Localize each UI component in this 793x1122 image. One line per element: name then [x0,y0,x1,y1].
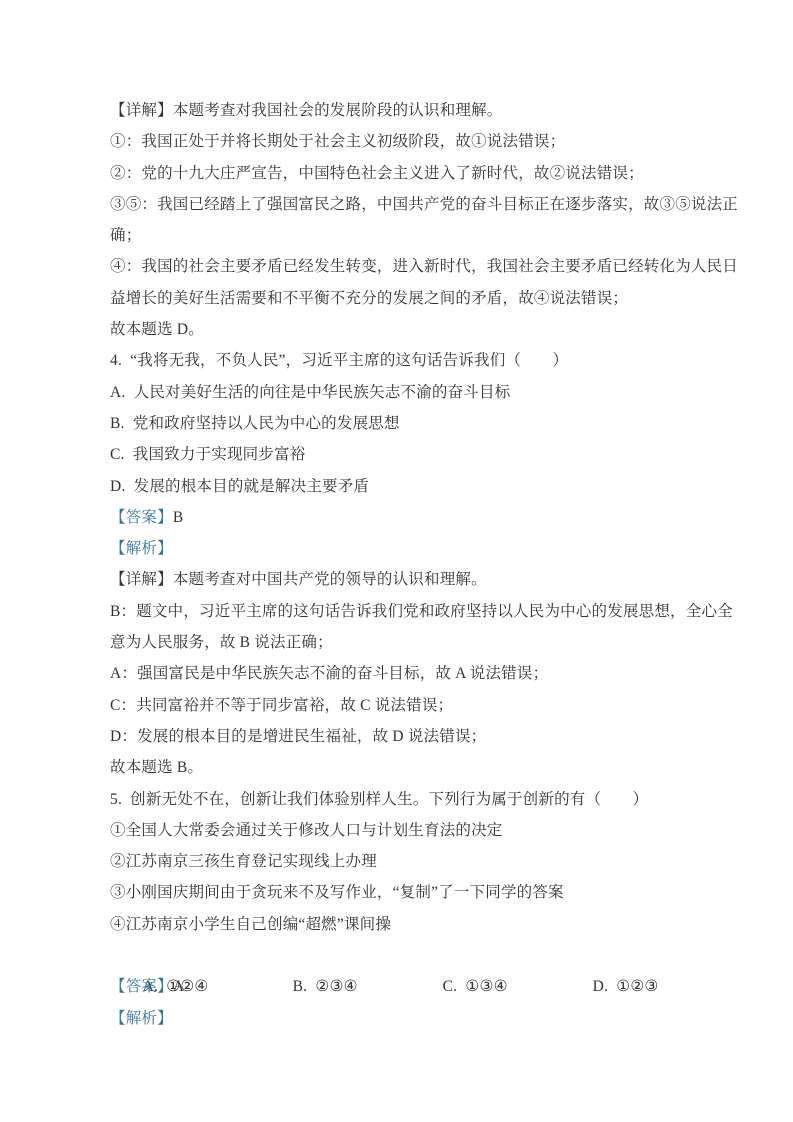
conclusion-line: 故本题选 B。 [110,752,685,783]
analysis-line: ④：我国的社会主要矛盾已经发生转变，进入新时代，我国社会主要矛盾已经转化为人民日 [110,251,685,282]
question-5-option-b: B. ②③④ [293,971,443,1002]
exam-document-page: 【详解】本题考查对我国社会的发展阶段的认识和理解。 ①：我国正处于并将长期处于社… [0,0,793,1122]
analysis-line: ①：我国正处于并将长期处于社会主义初级阶段，故①说法错误； [110,126,685,157]
question-5-option-c: C. ①③④ [443,971,593,1002]
question-5-item-3: ③小刚国庆期间由于贪玩来不及写作业，“复制”了一下同学的答案 [110,877,685,908]
question-5-item-4: ④江苏南京小学生自己创编“超燃”课间操 [110,909,685,940]
analysis-line: 益增长的美好生活需要和不平衡不充分的发展之间的矛盾，故④说法错误； [110,283,685,314]
answer-label: 【答案】 [110,978,173,995]
question-4-option-a: A. 人民对美好生活的向往是中华民族矢志不渝的奋斗目标 [110,377,685,408]
question-4-stem: 4. “我将无我，不负人民”，习近平主席的这句话告诉我们（ ） [110,345,685,376]
question-5-stem: 5. 创新无处不在，创新让我们体验别样人生。下列行为属于创新的有（ ） [110,784,685,815]
question-3-analysis-block: 【详解】本题考查对我国社会的发展阶段的认识和理解。 ①：我国正处于并将长期处于社… [110,95,685,345]
analysis-line: ③⑤：我国已经踏上了强国富民之路，中国共产党的奋斗目标正在逐步落实，故③⑤说法正 [110,189,685,220]
question-5-analysis-line: 【解析】 [110,1003,685,1034]
conclusion-line: 故本题选 D。 [110,314,685,345]
question-5-options-row: A. ①②④B. ②③④C. ①③④D. ①②③ [110,940,685,971]
question-5-item-1: ①全国人大常委会通过关于修改人口与计划生育法的决定 [110,815,685,846]
analysis-line: 意为人民服务，故 B 说法正确； [110,627,685,658]
page-content: 【详解】本题考查对我国社会的发展阶段的认识和理解。 ①：我国正处于并将长期处于社… [110,95,685,1034]
answer-value: B [173,509,184,526]
question-4-block: 4. “我将无我，不负人民”，习近平主席的这句话告诉我们（ ） A. 人民对美好… [110,345,685,783]
question-4-analysis-line: 【解析】 [110,533,685,564]
analysis-line: 确； [110,220,685,251]
answer-label: 【答案】 [110,509,173,526]
question-5-block: 5. 创新无处不在，创新让我们体验别样人生。下列行为属于创新的有（ ） ①全国人… [110,784,685,1034]
analysis-line: C：共同富裕并不等于同步富裕，故 C 说法错误； [110,690,685,721]
analysis-line: A：强国富民是中华民族矢志不渝的奋斗目标，故 A 说法错误； [110,658,685,689]
analysis-line: B：题文中，习近平主席的这句话告诉我们党和政府坚持以人民为中心的发展思想，全心全 [110,596,685,627]
question-5-option-d: D. ①②③ [593,971,659,1002]
question-4-option-d: D. 发展的根本目的就是解决主要矛盾 [110,471,685,502]
analysis-label: 【解析】 [110,540,173,557]
question-4-answer-line: 【答案】B [110,502,685,533]
question-4-option-c: C. 我国致力于实现同步富裕 [110,439,685,470]
question-4-option-b: B. 党和政府坚持以人民为中心的发展思想 [110,408,685,439]
answer-value: A [173,978,184,995]
analysis-label: 【解析】 [110,1010,173,1027]
analysis-line: D：发展的根本目的是增进民生福祉，故 D 说法错误； [110,721,685,752]
analysis-line: ②：党的十九大庄严宣告，中国特色社会主义进入了新时代，故②说法错误； [110,158,685,189]
question-5-item-2: ②江苏南京三孩生育登记实现线上办理 [110,846,685,877]
detail-heading-line: 【详解】本题考查对中国共产党的领导的认识和理解。 [110,564,685,595]
detail-heading-line: 【详解】本题考查对我国社会的发展阶段的认识和理解。 [110,95,685,126]
